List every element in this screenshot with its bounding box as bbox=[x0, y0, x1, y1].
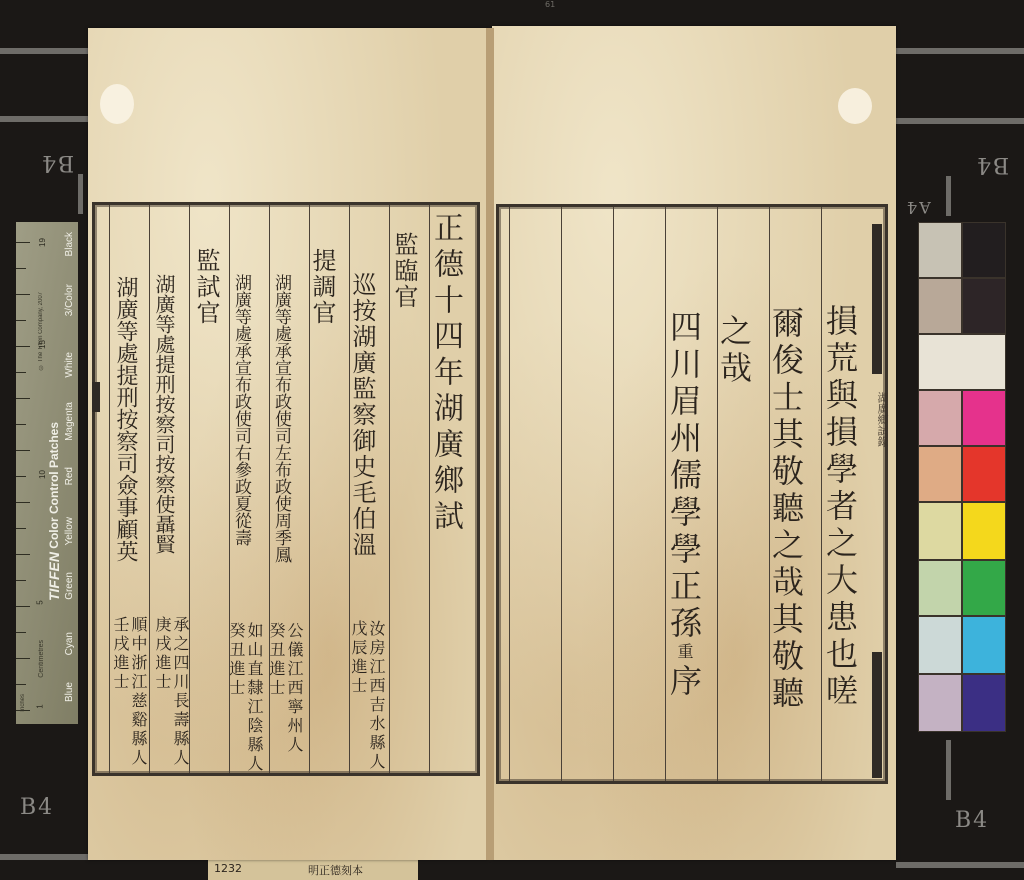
board-line bbox=[896, 118, 1024, 124]
color-name: Blue bbox=[64, 682, 75, 702]
color-patch bbox=[918, 222, 962, 278]
official-gu-ying: 湖廣等處提刑按察司僉事顧英 bbox=[114, 276, 136, 562]
cm-label: 1 bbox=[36, 704, 45, 708]
board-label: B4 bbox=[40, 150, 74, 175]
color-patch bbox=[962, 502, 1006, 560]
role-supervisor: 監臨官 bbox=[392, 232, 416, 310]
color-name: Green bbox=[64, 572, 75, 600]
board-line bbox=[0, 48, 90, 54]
color-patch bbox=[918, 616, 962, 674]
fish-tail-mark bbox=[872, 652, 882, 778]
official-note: 癸丑進士 bbox=[268, 622, 284, 698]
role-proctor: 監試官 bbox=[194, 248, 218, 326]
board-line bbox=[78, 174, 83, 214]
board-line bbox=[946, 740, 951, 800]
color-name: 3/Color bbox=[64, 284, 75, 316]
board-line bbox=[946, 176, 951, 216]
color-patch bbox=[962, 616, 1006, 674]
official-note: 如山直隸江陰縣人 bbox=[246, 622, 262, 774]
board-label: B4 bbox=[20, 795, 54, 820]
preface-line-1: 損荒與損學者之大患也嗟 bbox=[824, 304, 856, 711]
color-patch bbox=[962, 674, 1006, 732]
fish-tail-mark bbox=[872, 224, 882, 374]
color-patch bbox=[962, 222, 1006, 278]
exam-title: 正德十四年湖廣鄉試 bbox=[430, 212, 460, 536]
preface-line-2: 爾俊士其敬聽之哉其敬聽 bbox=[770, 306, 802, 713]
color-patch bbox=[918, 390, 962, 446]
board-label: A4 bbox=[905, 198, 931, 217]
catalog-slip: 1232 明正德刻本 bbox=[208, 858, 418, 880]
fish-tail-mark bbox=[92, 382, 100, 412]
preface-signature: 四川眉州儒學學正孫重序 bbox=[668, 310, 700, 701]
color-patch bbox=[918, 446, 962, 502]
cm-label: 5 bbox=[36, 600, 45, 604]
color-patch bbox=[918, 334, 1006, 390]
official-note: 順中浙江慈谿縣人 bbox=[130, 616, 146, 768]
role-director: 提調官 bbox=[310, 248, 334, 326]
color-name: Red bbox=[64, 467, 75, 485]
official-note: 壬戌進士 bbox=[112, 616, 128, 692]
board-label: B4 bbox=[975, 152, 1009, 177]
board-line bbox=[0, 854, 90, 860]
color-patch bbox=[962, 390, 1006, 446]
preface-end: 序 bbox=[665, 664, 703, 701]
color-calibration-card bbox=[918, 222, 1006, 732]
color-patch bbox=[918, 278, 962, 334]
official-note: 汝房江西吉水縣人 bbox=[368, 620, 384, 772]
official-nie-xian: 湖廣等處提刑按察司按察使聶賢 bbox=[154, 274, 174, 554]
color-name: Cyan bbox=[64, 632, 75, 655]
margin-title: 湖廣鄉試錄 bbox=[874, 392, 890, 447]
color-patch bbox=[918, 502, 962, 560]
water-stain bbox=[100, 84, 134, 124]
board-line bbox=[896, 48, 1024, 54]
board-line bbox=[0, 116, 90, 122]
scale-copyright: © The Tiffen Company, 2007 bbox=[38, 292, 44, 370]
preface-line-3: 之哉 bbox=[718, 314, 750, 388]
official-zhou-jifeng: 湖廣等處承宣布政使司左布政使周季鳳 bbox=[272, 274, 289, 563]
color-patch bbox=[918, 560, 962, 616]
official-note: 承之四川長壽縣人 bbox=[172, 616, 188, 768]
color-name: White bbox=[64, 352, 75, 378]
color-name: Yellow bbox=[64, 517, 75, 546]
color-patch bbox=[918, 674, 962, 732]
color-name: Magenta bbox=[64, 402, 75, 441]
scale-unit: Inches bbox=[20, 694, 26, 712]
board-top-mark: 61 bbox=[545, 0, 555, 9]
scale-unit: Centimetres bbox=[38, 640, 45, 678]
water-stain bbox=[838, 88, 872, 124]
official-note: 公儀江西寧州人 bbox=[286, 622, 302, 755]
official-note: 庚戌進士 bbox=[154, 616, 170, 692]
official-mao-bowen: 巡按湖廣監察御史毛伯溫 bbox=[350, 272, 374, 558]
book-spine bbox=[486, 28, 494, 860]
board-label: B4 bbox=[955, 808, 989, 833]
cm-label: 19 bbox=[38, 238, 47, 247]
color-patch bbox=[962, 560, 1006, 616]
color-name: Black bbox=[64, 232, 75, 256]
tiffen-scale-bar: 1 5 10 15 19 TIFFEN Color Control Patche… bbox=[16, 222, 78, 724]
board-line bbox=[896, 862, 1024, 868]
color-patch bbox=[962, 446, 1006, 502]
scale-title: TIFFEN Color Control Patches bbox=[46, 422, 62, 601]
author-mark: 重 bbox=[675, 643, 694, 664]
slip-text: 明正德刻本 bbox=[308, 862, 363, 878]
color-patch bbox=[962, 278, 1006, 334]
slip-number: 1232 bbox=[214, 862, 242, 875]
official-note: 戊辰進士 bbox=[350, 620, 366, 696]
official-xia-congshou: 湖廣等處承宣布政使司右參政夏從壽 bbox=[232, 274, 249, 546]
author-title: 四川眉州儒學學正孫 bbox=[665, 310, 703, 643]
official-note: 癸丑進士 bbox=[228, 622, 244, 698]
